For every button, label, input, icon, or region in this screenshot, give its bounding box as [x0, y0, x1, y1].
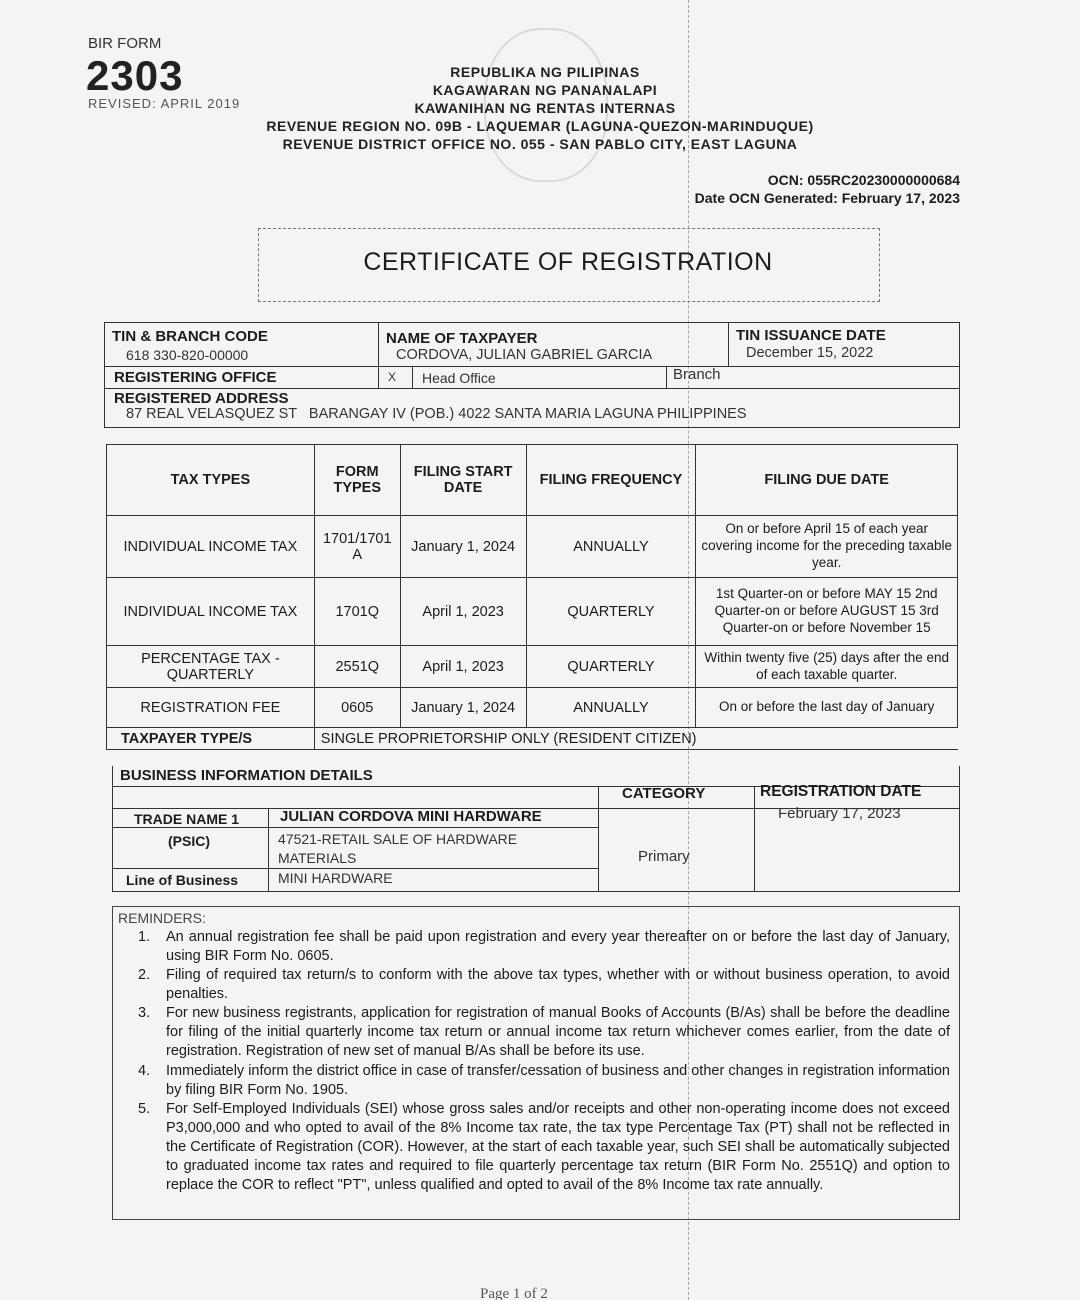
due-date-cell: Within twenty five (25) days after the e…: [696, 646, 958, 688]
tax-type-cell: PERCENTAGE TAX - QUARTERLY: [107, 646, 315, 688]
form-type-cell: 2551Q: [314, 646, 400, 688]
psic-value: 47521-RETAIL SALE OF HARDWARE MATERIALS: [278, 830, 578, 868]
head-office-checkbox: X: [388, 370, 396, 384]
taxpayer-type-value: SINGLE PROPRIETORSHIP ONLY (RESIDENT CIT…: [314, 728, 957, 750]
form-revision: REVISED: APRIL 2019: [88, 96, 240, 111]
due-date-cell: On or before April 15 of each year cover…: [696, 516, 958, 578]
header-form-types: FORM TYPES: [314, 445, 400, 516]
tin-issuance-value: December 15, 2022: [746, 345, 873, 361]
tax-type-cell: INDIVIDUAL INCOME TAX: [107, 578, 315, 646]
due-date-cell: On or before the last day of January: [696, 688, 958, 728]
psic-label: (PSIC): [168, 833, 210, 849]
header-tax-types: TAX TYPES: [107, 445, 315, 516]
table-row: REGISTRATION FEE 0605 January 1, 2024 AN…: [107, 688, 958, 728]
page-number: Page 1 of 2: [480, 1286, 548, 1300]
tax-type-cell: REGISTRATION FEE: [107, 688, 315, 728]
branch-label: Branch: [673, 366, 721, 383]
ocn-date: Date OCN Generated: February 17, 2023: [695, 190, 960, 206]
reminders-title: REMINDERS:: [118, 910, 206, 926]
header-filing-start-date: FILING START DATE: [400, 445, 526, 516]
frequency-cell: QUARTERLY: [526, 578, 696, 646]
reminder-item: 2. Filing of required tax return/s to co…: [140, 966, 950, 1004]
registered-address-value: 87 REAL VELASQUEZ ST BARANGAY IV (POB.) …: [126, 406, 747, 422]
category-value: Primary: [638, 848, 690, 865]
frequency-cell: ANNUALLY: [526, 516, 696, 578]
line-of-business-value: MINI HARDWARE: [278, 870, 393, 886]
registration-date-label: REGISTRATION DATE: [760, 783, 921, 801]
header-department: KAGAWARAN NG PANANALAPI: [380, 82, 710, 98]
tin-label: TIN & BRANCH CODE: [112, 328, 268, 345]
ocn-number: OCN: 055RC20230000000684: [768, 172, 960, 188]
registering-office-label: REGISTERING OFFICE: [114, 369, 277, 386]
tin-issuance-label: TIN ISSUANCE DATE: [736, 327, 886, 344]
table-row: INDIVIDUAL INCOME TAX 1701Q April 1, 202…: [107, 578, 958, 646]
taxpayer-name-value: CORDOVA, JULIAN GABRIEL GARCIA: [396, 347, 652, 363]
header-filing-frequency: FILING FREQUENCY: [526, 445, 696, 516]
registered-address-label: REGISTERED ADDRESS: [114, 390, 288, 407]
taxpayer-name-label: NAME OF TAXPAYER: [386, 330, 537, 347]
table-row: PERCENTAGE TAX - QUARTERLY 2551Q April 1…: [107, 646, 958, 688]
start-date-cell: April 1, 2023: [400, 578, 526, 646]
header-filing-due-date: FILING DUE DATE: [696, 445, 958, 516]
tin-value: 618 330-820-00000: [126, 347, 248, 363]
reminder-item: 3. For new business registrants, applica…: [140, 1004, 950, 1061]
header-bureau: KAWANIHAN NG RENTAS INTERNAS: [380, 100, 710, 116]
trade-name-value: JULIAN CORDOVA MINI HARDWARE: [280, 808, 542, 825]
table-header-row: TAX TYPES FORM TYPES FILING START DATE F…: [107, 445, 958, 516]
due-date-cell: 1st Quarter-on or before MAY 15 2nd Quar…: [696, 578, 958, 646]
reminder-item: 4. Immediately inform the district offic…: [140, 1062, 950, 1100]
form-label: BIR FORM: [88, 35, 161, 52]
head-office-label: Head Office: [422, 370, 496, 386]
header-region: REVENUE REGION NO. 09B - LAQUEMAR (LAGUN…: [230, 118, 850, 134]
reminder-item: 5. For Self-Employed Individuals (SEI) w…: [140, 1100, 950, 1195]
start-date-cell: January 1, 2024: [400, 516, 526, 578]
form-type-cell: 1701Q: [314, 578, 400, 646]
taxpayer-type-label: TAXPAYER TYPE/S: [107, 728, 315, 750]
tax-types-table: TAX TYPES FORM TYPES FILING START DATE F…: [106, 444, 958, 750]
category-label: CATEGORY: [622, 785, 705, 802]
tax-type-cell: INDIVIDUAL INCOME TAX: [107, 516, 315, 578]
form-type-cell: 1701/1701A: [314, 516, 400, 578]
table-row: INDIVIDUAL INCOME TAX 1701/1701A January…: [107, 516, 958, 578]
line-of-business-label: Line of Business: [126, 872, 238, 888]
reminder-item: 1. An annual registration fee shall be p…: [140, 928, 950, 966]
start-date-cell: January 1, 2024: [400, 688, 526, 728]
trade-name-label: TRADE NAME 1: [134, 811, 239, 827]
frequency-cell: QUARTERLY: [526, 646, 696, 688]
business-info-label: BUSINESS INFORMATION DETAILS: [120, 767, 373, 784]
document-title: CERTIFICATE OF REGISTRATION: [258, 248, 878, 277]
header-republic: REPUBLIKA NG PILIPINAS: [380, 64, 710, 80]
frequency-cell: ANNUALLY: [526, 688, 696, 728]
registration-date-value: February 17, 2023: [778, 805, 901, 822]
header-district: REVENUE DISTRICT OFFICE NO. 055 - SAN PA…: [230, 136, 850, 152]
start-date-cell: April 1, 2023: [400, 646, 526, 688]
form-number: 2303: [86, 52, 183, 100]
taxpayer-type-row: TAXPAYER TYPE/S SINGLE PROPRIETORSHIP ON…: [107, 728, 958, 750]
form-type-cell: 0605: [314, 688, 400, 728]
